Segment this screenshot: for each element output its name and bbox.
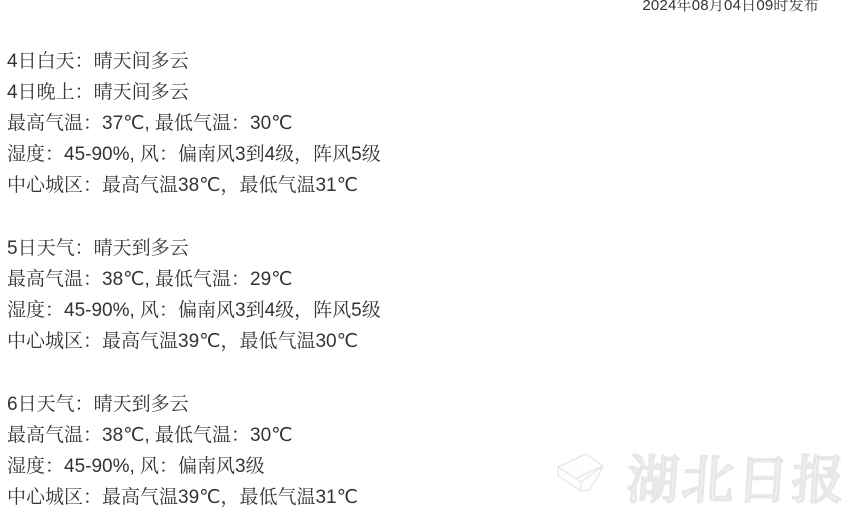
watermark-brand-text: 湖北日报 xyxy=(625,451,849,511)
forecast-line: 最高气温：37℃, 最低气温：30℃ xyxy=(7,108,381,139)
forecast-block-day5: 5日天气：晴天到多云 最高气温：38℃, 最低气温：29℃ 湿度：45-90%,… xyxy=(7,233,381,357)
forecast-line: 5日天气：晴天到多云 xyxy=(7,233,381,264)
forecast-block-day4: 4日白天：晴天间多云 4日晚上：晴天间多云 最高气温：37℃, 最低气温：30℃… xyxy=(7,46,381,201)
paper-crane-logo-icon xyxy=(555,450,613,511)
forecast-line: 中心城区：最高气温39℃，最低气温31℃ xyxy=(7,482,381,511)
publish-timestamp: 2024年08月04日09时发布 xyxy=(642,0,819,14)
forecast-line: 4日白天：晴天间多云 xyxy=(7,46,381,77)
forecast-line: 湿度：45-90%, 风：偏南风3到4级，阵风5级 xyxy=(7,295,381,326)
hubei-daily-watermark: 湖北日报 xyxy=(555,450,847,511)
forecast-line: 4日晚上：晴天间多云 xyxy=(7,77,381,108)
forecast-line: 湿度：45-90%, 风：偏南风3级 xyxy=(7,451,381,482)
forecast-block-day6: 6日天气：晴天到多云 最高气温：38℃, 最低气温：30℃ 湿度：45-90%,… xyxy=(7,389,381,511)
forecast-line: 最高气温：38℃, 最低气温：30℃ xyxy=(7,420,381,451)
forecast-line: 最高气温：38℃, 最低气温：29℃ xyxy=(7,264,381,295)
forecast-text: 4日白天：晴天间多云 4日晚上：晴天间多云 最高气温：37℃, 最低气温：30℃… xyxy=(7,46,381,511)
forecast-line: 6日天气：晴天到多云 xyxy=(7,389,381,420)
forecast-line: 湿度：45-90%, 风：偏南风3到4级，阵风5级 xyxy=(7,139,381,170)
forecast-line: 中心城区：最高气温39℃，最低气温30℃ xyxy=(7,326,381,357)
weather-bulletin-page: 2024年08月04日09时发布 4日白天：晴天间多云 4日晚上：晴天间多云 最… xyxy=(0,0,850,511)
forecast-line: 中心城区：最高气温38℃，最低气温31℃ xyxy=(7,170,381,201)
